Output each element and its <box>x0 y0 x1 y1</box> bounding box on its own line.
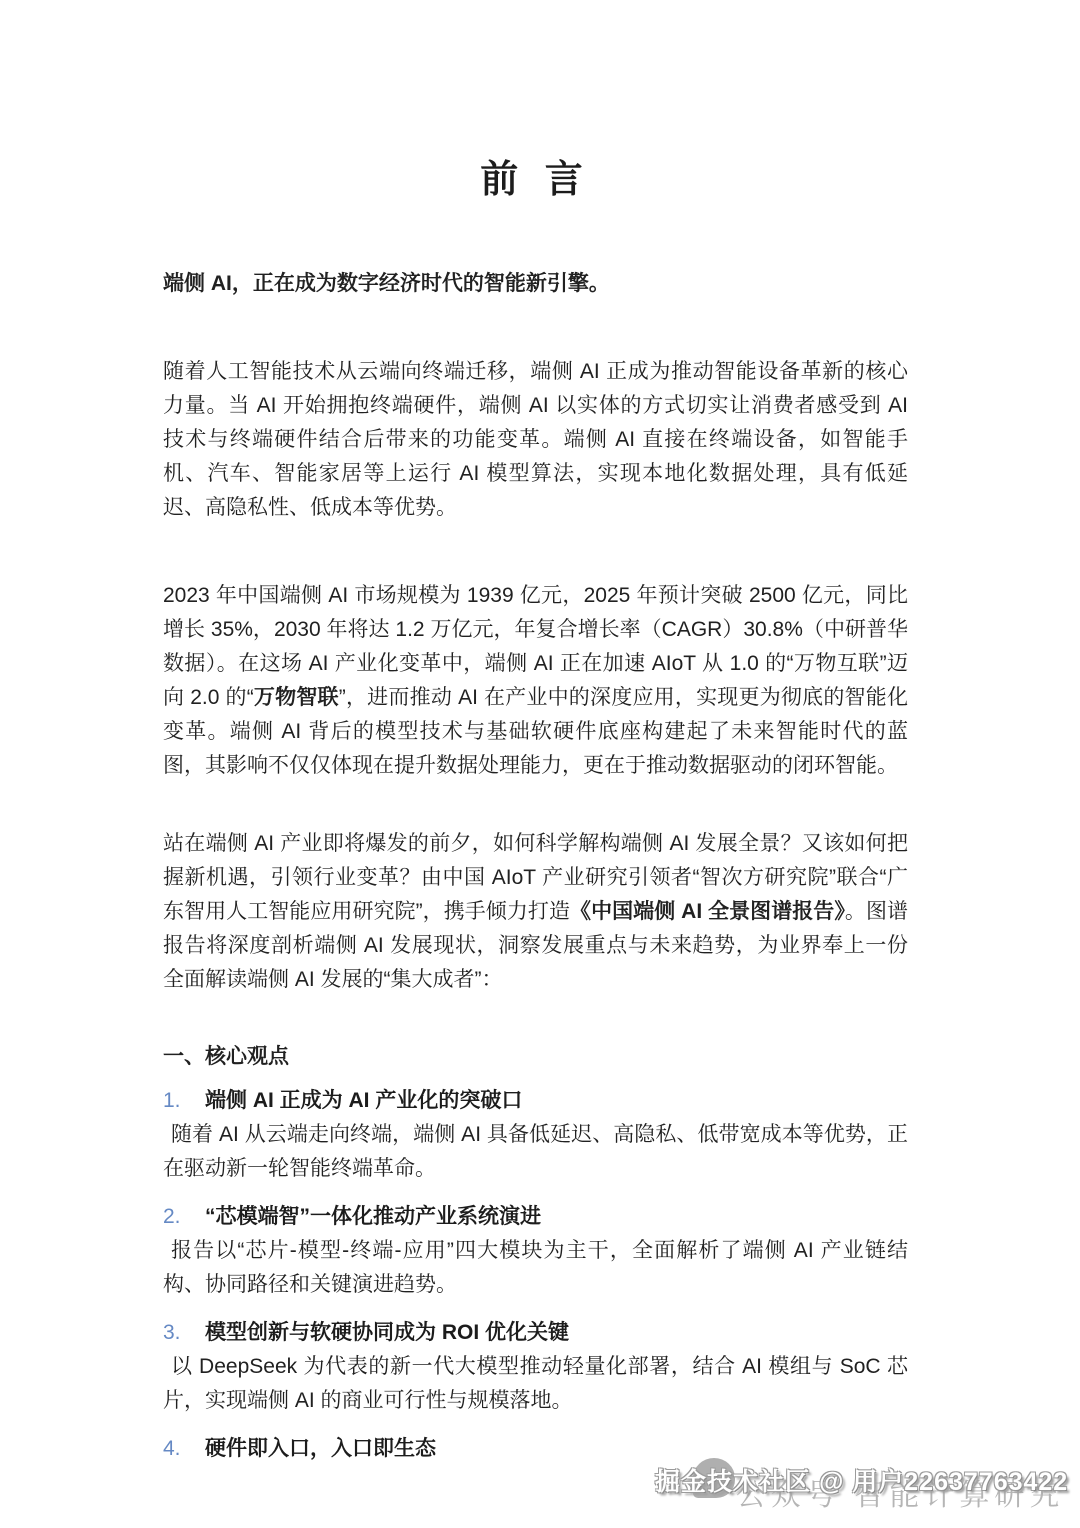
core-point-1-body: 随着 AI 从云端走向终端，端侧 AI 具备低延迟、高隐私、低带宽成本等优势，正… <box>163 1118 908 1186</box>
core-point-4-head: 4. 硬件即入口，入口即生态 <box>163 1432 908 1466</box>
core-point-3-number: 3. <box>163 1316 205 1350</box>
core-point-2: 2. “芯模端智”一体化推动产业系统演进 报告以“芯片-模型-终端-应用”四大模… <box>163 1200 908 1302</box>
lead-paragraph: 端侧 AI，正在成为数字经济时代的智能新引擎。 <box>163 267 908 301</box>
watermark-background-text: 公众号 智能计算研究 <box>736 1470 1064 1514</box>
core-points-heading: 一、核心观点 <box>163 1040 908 1074</box>
core-point-2-head: 2. “芯模端智”一体化推动产业系统演进 <box>163 1200 908 1234</box>
core-point-4-number: 4. <box>163 1432 205 1466</box>
core-point-2-title: “芯模端智”一体化推动产业系统演进 <box>205 1200 541 1234</box>
core-point-3-body: 以 DeepSeek 为代表的新一代大模型推动轻量化部署，结合 AI 模组与 S… <box>163 1350 908 1418</box>
core-point-2-body: 报告以“芯片-模型-终端-应用”四大模块为主干，全面解析了端侧 AI 产业链结构… <box>163 1234 908 1302</box>
core-point-3-head: 3. 模型创新与软硬协同成为 ROI 优化关键 <box>163 1316 908 1350</box>
core-point-2-number: 2. <box>163 1200 205 1234</box>
core-point-3-title: 模型创新与软硬协同成为 ROI 优化关键 <box>205 1316 569 1350</box>
core-point-4: 4. 硬件即入口，入口即生态 <box>163 1432 908 1466</box>
bold-phrase-wanwuzhilian: 万物智联 <box>254 686 339 709</box>
core-point-1-number: 1. <box>163 1084 205 1118</box>
core-point-3: 3. 模型创新与软硬协同成为 ROI 优化关键 以 DeepSeek 为代表的新… <box>163 1316 908 1418</box>
preface-page: 前 言 端侧 AI，正在成为数字经济时代的智能新引擎。 随着人工智能技术从云端向… <box>163 0 908 1466</box>
page-title: 前 言 <box>163 148 908 203</box>
paragraph-market-size: 2023 年中国端侧 AI 市场规模为 1939 亿元，2025 年预计突破 2… <box>163 579 908 783</box>
core-point-1: 1. 端侧 AI 正成为 AI 产业化的突破口 随着 AI 从云端走向终端，端侧… <box>163 1084 908 1186</box>
watermark-overlay-text: 掘金技术社区 @ 用户22637763422 <box>655 1462 1068 1498</box>
core-point-4-title: 硬件即入口，入口即生态 <box>205 1432 436 1466</box>
bold-report-name: 《中国端侧 AI 全景图谱报告》 <box>570 900 845 923</box>
core-point-1-head: 1. 端侧 AI 正成为 AI 产业化的突破口 <box>163 1084 908 1118</box>
paragraph-report-intro: 站在端侧 AI 产业即将爆发的前夕，如何科学解构端侧 AI 发展全景？又该如何把… <box>163 827 908 997</box>
paragraph-edge-ai-migration: 随着人工智能技术从云端向终端迁移，端侧 AI 正成为推动智能设备革新的核心力量。… <box>163 355 908 525</box>
core-point-1-title: 端侧 AI 正成为 AI 产业化的突破口 <box>205 1084 522 1118</box>
